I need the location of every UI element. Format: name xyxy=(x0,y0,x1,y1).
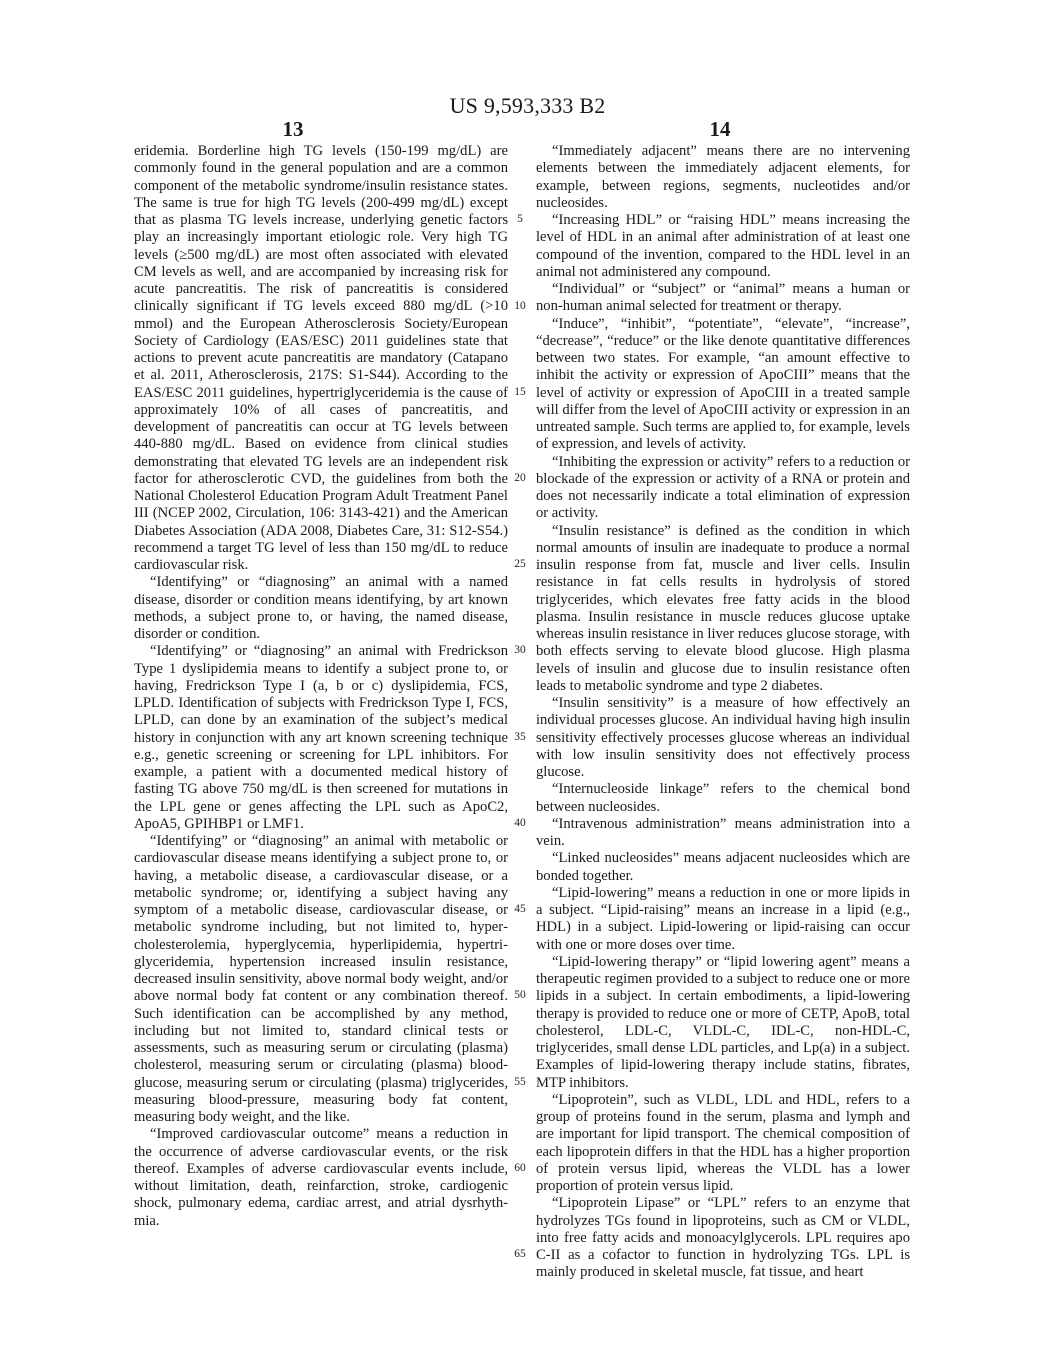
patent-number: US 9,593,333 B2 xyxy=(0,93,1055,119)
paragraph: “Improved cardiovascular outcome” means … xyxy=(134,1126,508,1230)
definition-internucleoside-linkage: “Internucleoside linkage” refers to the … xyxy=(536,781,910,816)
line-number: 25 xyxy=(510,558,530,570)
right-text-column: “Immediately adjacent” means there are n… xyxy=(536,143,910,1282)
definition-immediately-adjacent: “Immediately adjacent” means there are n… xyxy=(536,143,910,212)
paragraph: eridemia. Borderline high TG levels (150… xyxy=(134,143,508,574)
definition-linked-nucleosides: “Linked nucleosides” means adjacent nucl… xyxy=(536,850,910,885)
line-number: 30 xyxy=(510,644,530,656)
column-number-left: 13 xyxy=(263,117,323,142)
definition-insulin-sensitivity: “Insulin sensitivity” is a measure of ho… xyxy=(536,695,910,781)
definition-increasing-hdl: “Increasing HDL” or “raising HDL” means … xyxy=(536,212,910,281)
line-number: 50 xyxy=(510,989,530,1001)
left-text-column: eridemia. Borderline high TG levels (150… xyxy=(134,143,508,1230)
column-number-right: 14 xyxy=(690,117,750,142)
line-number: 10 xyxy=(510,300,530,312)
line-number: 55 xyxy=(510,1076,530,1088)
definition-insulin-resistance: “Insulin resistance” is defined as the c… xyxy=(536,523,910,696)
paragraph: “Identifying” or “diagnosing” an animal … xyxy=(134,574,508,643)
line-number: 40 xyxy=(510,817,530,829)
definition-intravenous-administration: “Intravenous administration” means admin… xyxy=(536,816,910,851)
line-number: 65 xyxy=(510,1248,530,1260)
line-number: 20 xyxy=(510,472,530,484)
line-number: 15 xyxy=(510,386,530,398)
definition-lipoprotein-lipase: “Lipoprotein Lipase” or “LPL” refers to … xyxy=(536,1195,910,1281)
line-number: 45 xyxy=(510,903,530,915)
line-number: 5 xyxy=(510,213,530,225)
paragraph: “Identifying” or “diagnosing” an animal … xyxy=(134,643,508,833)
definition-lipoprotein: “Lipoprotein”, such as VLDL, LDL and HDL… xyxy=(536,1092,910,1196)
paragraph: “Identifying” or “diagnosing” an animal … xyxy=(134,833,508,1126)
definition-lipid-lowering: “Lipid-lowering” means a reduction in on… xyxy=(536,885,910,954)
line-number: 35 xyxy=(510,731,530,743)
definition-lipid-lowering-therapy: “Lipid-lowering therapy” or “lipid lower… xyxy=(536,954,910,1092)
definition-induce: “Induce”, “inhibit”, “potentiate”, “elev… xyxy=(536,316,910,454)
definition-individual: “Individual” or “subject” or “animal” me… xyxy=(536,281,910,316)
definition-inhibiting-expression: “Inhibiting the expression or activity” … xyxy=(536,454,910,523)
line-number: 60 xyxy=(510,1162,530,1174)
